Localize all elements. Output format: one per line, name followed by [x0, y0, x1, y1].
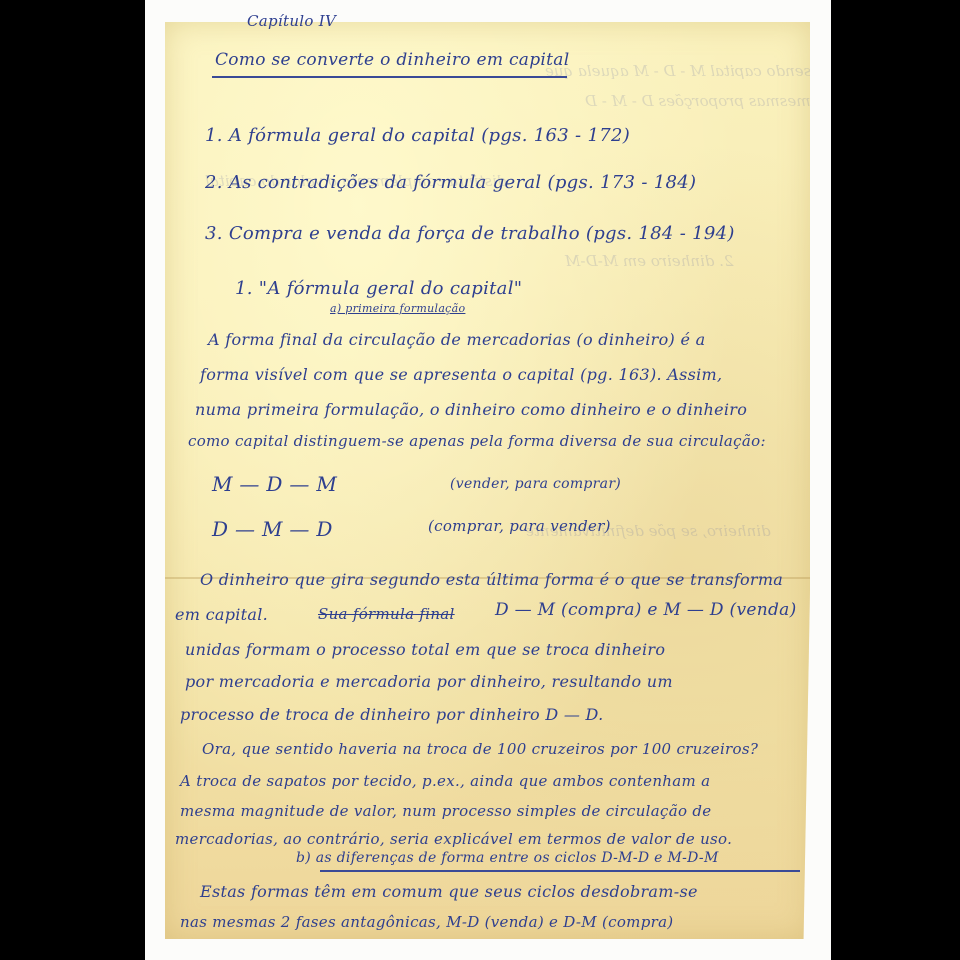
text-line: em capital. — [175, 605, 268, 624]
text-line: numa primeira formulação, o dinheiro com… — [195, 400, 747, 419]
text-line: como capital distinguem-se apenas pela f… — [188, 432, 766, 450]
text-line: mercadorias, ao contrário, seria explicá… — [175, 830, 732, 848]
chapter-label: Capítulo IV — [247, 12, 336, 30]
text-line: mesma magnitude de valor, num processo s… — [180, 802, 711, 820]
page-title: Como se converte o dinheiro em capital — [215, 50, 569, 70]
formula: M — D — M — [212, 472, 337, 496]
outline-item: 1. A fórmula geral do capital (pgs. 163 … — [205, 125, 630, 146]
outline-item: 2. As contradições da fórmula geral (pgs… — [205, 172, 696, 193]
bleed-through-text: mesmas proporções D - M - D — [585, 92, 810, 110]
formula: D — M — D — [212, 517, 333, 541]
formula-note: (vender, para comprar) — [450, 476, 621, 492]
subsection-b-heading: b) as diferenças de forma entre os ciclo… — [296, 850, 719, 866]
text-line: Estas formas têm em comum que seus ciclo… — [200, 882, 698, 901]
text-line: Ora, que sentido haveria na troca de 100… — [202, 740, 758, 758]
struck-text: Sua fórmula final — [318, 605, 455, 623]
text-line: O dinheiro que gira segundo esta última … — [200, 570, 783, 589]
text-line: A forma final da circulação de mercadori… — [208, 330, 705, 349]
text-line: nas mesmas 2 fases antagônicas, M-D (ven… — [180, 913, 673, 931]
text-line: processo de troca de dinheiro por dinhei… — [180, 705, 603, 724]
text-line: forma visível com que se apresenta o cap… — [200, 365, 722, 384]
section-heading: 1. "A fórmula geral do capital" — [235, 278, 522, 299]
title-underline — [212, 76, 567, 78]
outline-item: 3. Compra e venda da força de trabalho (… — [205, 223, 735, 244]
formula-note: (comprar, para vender) — [428, 517, 611, 535]
subsection-a-heading: a) primeira formulação — [330, 302, 465, 315]
bleed-through-text: sendo capital M - D - M aquela que — [545, 62, 811, 80]
subsection-b-underline — [320, 870, 800, 872]
text-line: A troca de sapatos por tecido, p.ex., ai… — [180, 772, 710, 790]
text-line: por mercadoria e mercadoria por dinheiro… — [185, 672, 673, 691]
text-line: unidas formam o processo total em que se… — [185, 640, 665, 659]
text-line: D — M (compra) e M — D (venda) — [495, 600, 797, 620]
bleed-through-text: 2. dinheiro em M-D-M — [565, 252, 733, 270]
